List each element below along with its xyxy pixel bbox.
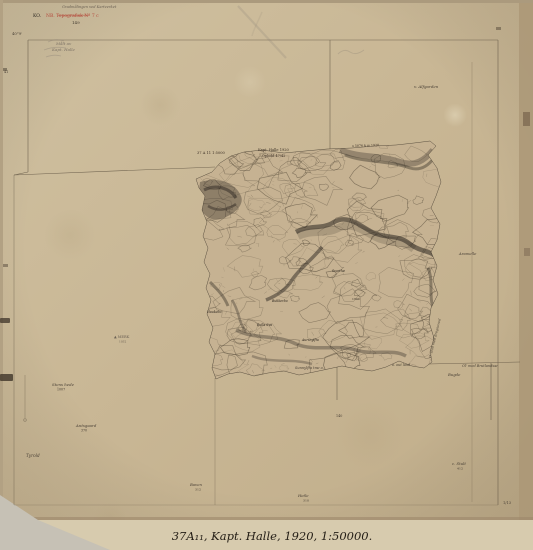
place-antsgaard: Antsgaard <box>75 423 97 428</box>
stamp-prefix: KO. <box>33 13 42 19</box>
place-stult-elevation: 412 <box>457 467 463 471</box>
place-stens-hede-elevation: 1007 <box>57 388 65 392</box>
surveyed-map-area <box>190 138 454 385</box>
map-surveyor: Kapt. Halle 1920 <box>258 148 290 152</box>
edge-note-sunnylfta: Sunnylfta træ o. <box>295 366 324 370</box>
map-sheet-svg: Gradmålingen ved Kartverket KO. NB. Topo… <box>0 0 533 550</box>
map-survey-note: Oplodd 47/42 <box>262 154 285 158</box>
edge-note-brutlandsae: Ol' med Brutlandsæ <box>462 364 498 368</box>
place-hetle: Hetle <box>297 493 309 498</box>
map-place-bukkerbo: Bukkerbo <box>271 299 288 303</box>
left-scan-edge <box>0 0 3 550</box>
map-place-svartho: Svarthø <box>332 269 345 273</box>
edge-note-outland: o. out land <box>392 363 411 367</box>
scanned-map-sheet: Gradmålingen ved Kartverket KO. NB. Topo… <box>0 0 533 550</box>
map-sheet-id: 37 A 11 1:5000 <box>197 151 226 155</box>
place-antsgaard-elevation: 370 <box>81 429 87 433</box>
sheet-caption: 37A₁₁, Kapt. Halle, 1920, 1:50000. <box>172 529 373 543</box>
map-place-aursnylfta: Aursnylfta <box>301 338 319 342</box>
triangulation-merk-elevation: 1032 <box>119 340 126 344</box>
annotation-aramelle: Aramelle <box>458 251 477 256</box>
corner-coordinate-top-left: 40°9' <box>12 31 22 36</box>
map-place-haukebo: Haukebo <box>206 310 222 314</box>
triangulation-merk: ▲ MERK <box>114 335 130 339</box>
paper-bottom-shadow <box>0 517 533 520</box>
map-place-rolla-sva: Rolla Sva <box>256 323 272 327</box>
edge-mark-41: 41 <box>4 70 8 74</box>
right-edge-spot <box>523 112 530 126</box>
place-bugde: Bugde <box>447 372 461 377</box>
stamp-number: 149 <box>72 20 80 25</box>
map-spot-height-1340: 1340 <box>352 297 360 301</box>
place-hetle-elevation: 310 <box>303 499 309 503</box>
stamp-pencil-note-1: Målt av <box>55 41 72 46</box>
corner-sheet-number: 1/13 <box>503 501 512 505</box>
top-scan-edge <box>0 0 533 3</box>
place-tyrold: Tyrold <box>26 453 40 458</box>
place-baven-elevation: 312 <box>195 488 201 492</box>
annotation-alfgarden: v. Alfgarden <box>414 84 439 89</box>
stamp-pencil-line: Gradmålingen ved Kartverket <box>62 4 117 9</box>
right-edge-strip <box>519 0 533 550</box>
place-stult: c. Stult <box>452 461 466 466</box>
spot-height-140: 140 <box>336 414 342 418</box>
stamp-red-text: NB. Topografisk N° 7 c <box>46 13 99 19</box>
place-baven: Baven <box>189 482 202 487</box>
place-stens-hede: Stens hede <box>52 382 75 387</box>
stamp-pencil-note-2: Kapt. Halle <box>51 47 76 52</box>
right-edge-spot-2 <box>524 248 530 256</box>
